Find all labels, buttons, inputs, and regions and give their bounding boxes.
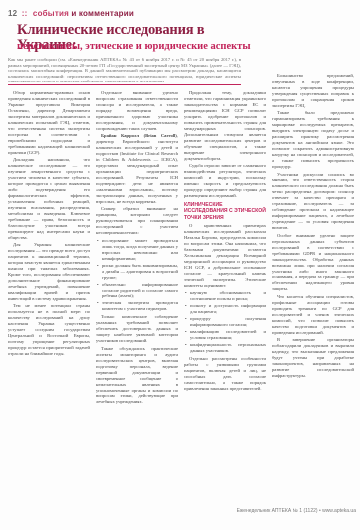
divider-rule <box>8 84 241 85</box>
page-header: 12 :: события и комментарии <box>8 9 134 18</box>
bullet-item: этическая экспертиза проводится комитето… <box>96 300 178 312</box>
body-column-2: Отдельное внимание уделено вопросам стра… <box>96 90 178 502</box>
page-number: 12 <box>8 9 17 18</box>
speaker-paragraph: Брайан Карролл (Brian Carroll), директор… <box>96 133 178 205</box>
bullet-item: научную обоснованность и соотношение пол… <box>184 290 266 302</box>
speaker-text: , директор Европейского института клинич… <box>96 133 178 204</box>
paragraph: Также было предложено гармонизировать тр… <box>272 110 354 170</box>
bullet-item: полноту и доступность информации для пац… <box>184 303 266 315</box>
bullet-list: исследование может проводиться лишь тогд… <box>96 238 178 313</box>
paragraph: Обзор нормативно-правовых основ проведен… <box>8 90 90 156</box>
newspaper-page: 12 :: события и комментарии Клинические … <box>0 0 360 530</box>
bullet-item: конфиденциальность персональных данных у… <box>184 342 266 354</box>
paragraph: Большинство предложений, озвученных в хо… <box>272 73 354 109</box>
paragraph: Отдельное внимание уделено вопросам стра… <box>96 90 178 132</box>
bullet-item: квалификацию исследователей и условия ст… <box>184 329 266 341</box>
bullet-item: процедуру получения информированного сог… <box>184 316 266 328</box>
bullet-item: обязательно информированное согласие род… <box>96 282 178 300</box>
paragraph: Для Украины клинические исследования — э… <box>8 242 90 302</box>
section-title-part1: события <box>33 9 69 18</box>
bullet-item: исследование может проводиться лишь тогд… <box>96 238 178 262</box>
body-column-4: Большинство предложений, озвученных в хо… <box>272 73 354 502</box>
body-column-1: Обзор нормативно-правовых основ проведен… <box>8 90 90 506</box>
article-lede: Как мы ранее сообщали (см. «Еженедельник… <box>8 57 241 82</box>
paragraph: Тем не менее потенциал страны использует… <box>8 303 90 357</box>
paragraph: Спикер обратил внимание на принципы, кот… <box>96 206 178 236</box>
paragraph: Только комплексное соблюдение указанных … <box>96 314 178 344</box>
speaker-name: Брайан Карролл (Brian Carroll) <box>101 133 177 138</box>
paragraph: Судьба отрасли зависит от слаженного вза… <box>184 163 266 199</box>
paragraph: Особое внимание уделено защите персональ… <box>272 233 354 293</box>
paragraph: Участники дискуссии сошлись во мнении, ч… <box>272 172 354 232</box>
paragraph: О нравственных ориентирах клинических ис… <box>184 223 266 289</box>
paragraph: Также обсуждались практические аспекты м… <box>96 346 178 406</box>
ethics-section-heading: Клинические исследования с этической точ… <box>184 202 266 221</box>
bullet-list: научную обоснованность и соотношение пол… <box>184 290 266 354</box>
paragraph: Что касается обучения специалистов, проф… <box>272 294 354 336</box>
paragraph: Докладчик напомнила, что клиническое исс… <box>8 157 90 241</box>
section-marker-icon: :: <box>22 9 28 18</box>
paragraph: В завершение организаторы поблагодарили … <box>272 337 354 379</box>
bullet-item: риски должны быть минимизированы, а диза… <box>96 263 178 281</box>
imprint-footer: Еженедельник АПТЕКА № 1 (1122) • www.apt… <box>237 508 356 514</box>
article-subtitle: перспективы, этические и юридические асп… <box>17 41 267 52</box>
paragraph: Отдельно рассмотрены особенности работы … <box>184 356 266 392</box>
paragraph: Продолжая тему, докладчики отметили, что… <box>184 90 266 162</box>
body-column-3: Продолжая тему, докладчики отметили, что… <box>184 90 266 504</box>
section-title-part2: и комментарии <box>71 9 134 18</box>
